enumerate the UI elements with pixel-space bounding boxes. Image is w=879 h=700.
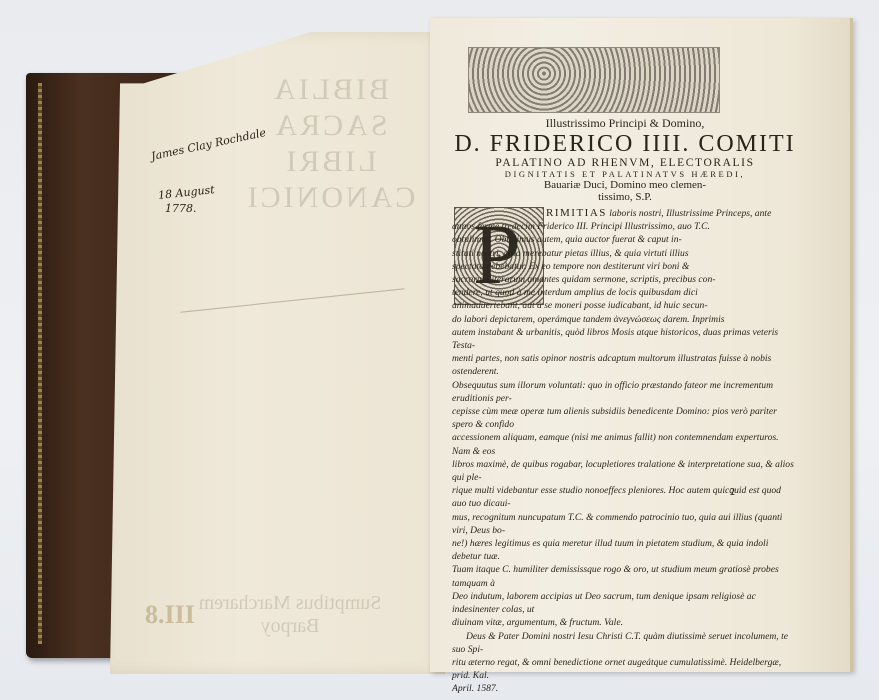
- dedication-line: tissimo, S.P.: [450, 191, 800, 203]
- body-line: RIMITIAS laboris nostri, Illustrissime P…: [452, 207, 797, 220]
- body-line: sacrarumliterarum amantes quidam sermone…: [452, 273, 797, 286]
- gilt-border: [38, 83, 42, 644]
- body-line: rique multi videbantur esse studio nonoe…: [452, 484, 797, 510]
- dedication-heading: Illustrissimo Principi & Domino, D. FRID…: [450, 116, 800, 203]
- closing-line: Deus & Pater Domini nostri Iesu Christi …: [452, 630, 797, 656]
- body-line: animaduertebant, aut à se moneri posse i…: [452, 299, 797, 312]
- dedication-line: Bauariæ Duci, Domino meo clemen-: [450, 179, 800, 191]
- ghost-title-line: LIBRI CANONICI: [230, 144, 430, 216]
- closing-line: ritu æterno regat, & omni benedictione o…: [452, 656, 797, 682]
- body-line: libros maximè, de quibus rogabar, locupl…: [452, 458, 797, 484]
- body-line: diuinam vitæ, argumentum, & fructum. Val…: [452, 616, 797, 629]
- body-line: menti partes, non satis opinor nostris a…: [452, 352, 797, 378]
- body-line-text: laboris nostri, Illustrissime Princeps, …: [609, 208, 771, 219]
- body-line: annos ferme tredecim Friderico III. Prin…: [452, 220, 797, 233]
- body-line: obtulimus. Obtulimus autem, quia auctor …: [452, 233, 797, 246]
- handwritten-year: 1778.: [165, 202, 197, 215]
- body-line: spectata debebatur. Ex eo tempore non de…: [452, 260, 797, 273]
- body-line: cepisse cùm meæ operæ tum alienis subsid…: [452, 405, 797, 431]
- body-line: autem instabant & urbanitis, quòd libros…: [452, 326, 797, 352]
- dedication-body: RIMITIAS laboris nostri, Illustrissime P…: [452, 207, 797, 696]
- body-line: ne!) hæres legitimus es quia meretur ill…: [452, 537, 797, 563]
- library-stamp: III.8: [145, 600, 195, 630]
- show-through-imprint: Sumptibus Marcharem Barpoy: [170, 592, 410, 638]
- body-line: tendere, ut quod à me interdum amplius d…: [452, 286, 797, 299]
- body-line: Obsequutus sum illorum voluntati: quo in…: [452, 379, 797, 405]
- folio-number: 2: [730, 487, 735, 498]
- dedication-line: DIGNITATIS ET PALATINATVS HÆREDI,: [450, 169, 800, 179]
- body-line: Tuam itaque C. humiliter demississque ro…: [452, 563, 797, 589]
- left-page: BIBLIA SACRA LIBRI CANONICI Sumptibus Ma…: [110, 32, 445, 674]
- body-line: stituti nostri, quia merebatur pietas il…: [452, 247, 797, 260]
- dedication-line: PALATINO AD RHENVM, ELECTORALIS: [450, 157, 800, 169]
- ornamental-headpiece: [468, 47, 720, 113]
- body-line: accessionem aliquam, eamque (nisi me ani…: [452, 431, 797, 457]
- body-line: do labori depictarem, operámque tandem ἀ…: [452, 313, 797, 326]
- body-line: mus, recognitum nuncupatum T.C. & commen…: [452, 511, 797, 537]
- closing-line: April. 1587.: [452, 682, 797, 695]
- show-through-title: BIBLIA SACRA LIBRI CANONICI: [230, 72, 430, 216]
- dedication-name: D. FRIDERICO IIII. COMITI: [450, 131, 800, 157]
- dedication-line: Illustrissimo Principi & Domino,: [450, 116, 800, 131]
- first-word: RIMITIAS: [546, 207, 607, 219]
- body-line: Deo indutum, laborem accipias ut Deo sac…: [452, 590, 797, 616]
